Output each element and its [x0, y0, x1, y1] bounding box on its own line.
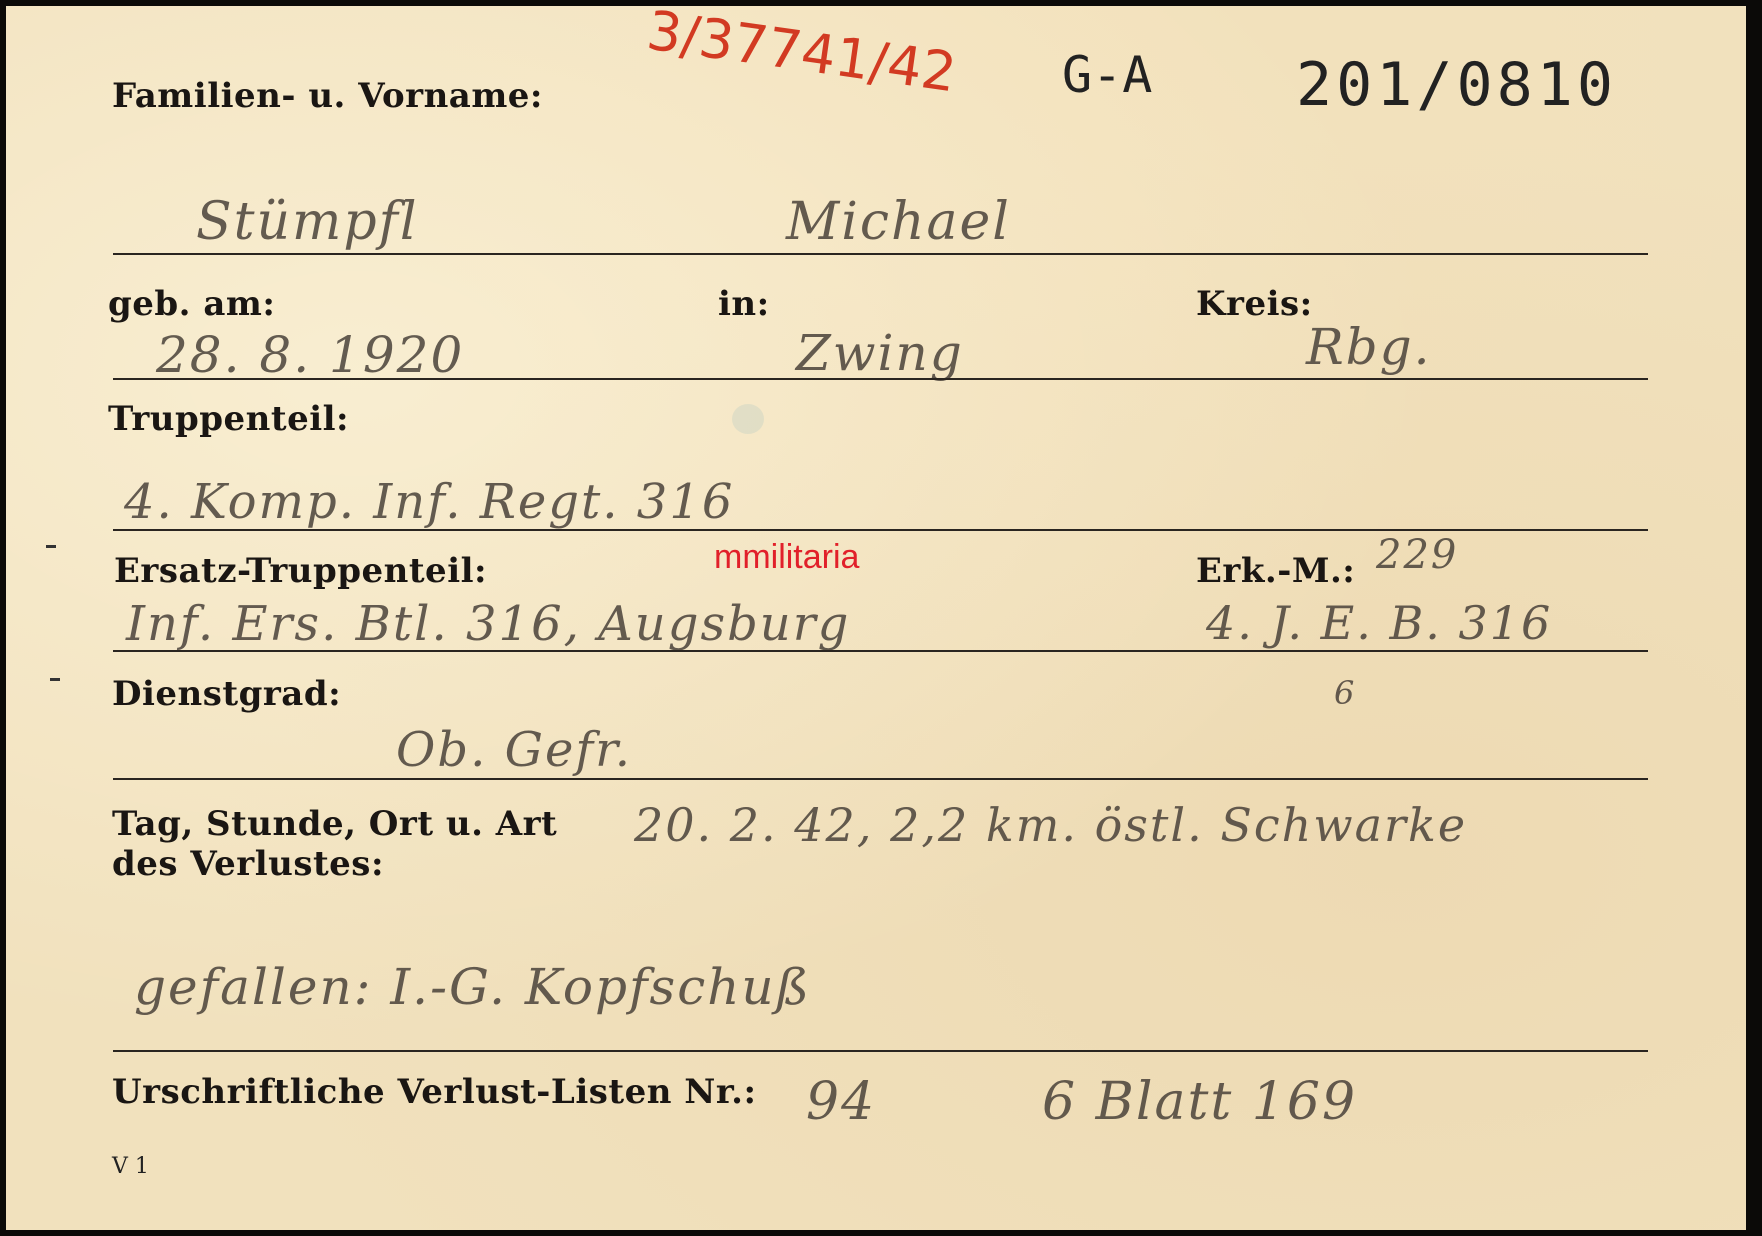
rank-value: Ob. Gefr. [396, 722, 632, 778]
birth-date-value: 28. 8. 1920 [156, 326, 464, 384]
rule-unit [113, 529, 1648, 531]
rule-birth [113, 378, 1648, 380]
birth-place-label: in: [718, 284, 770, 324]
form-code: V 1 [112, 1154, 149, 1179]
name-label: Familien- u. Vorname: [112, 76, 543, 116]
id-tag-value-extra: 6 [1334, 674, 1356, 712]
casualty-index-card: Familien- u. Vorname: 3/37741/42 G-A 201… [6, 6, 1746, 1230]
loss-list-value: 94 [806, 1072, 876, 1132]
rule-loss [113, 1050, 1648, 1052]
id-tag-label: Erk.-M.: [1196, 551, 1355, 591]
district-label: Kreis: [1196, 284, 1313, 324]
replacement-unit-label: Ersatz-Truppenteil: [114, 551, 487, 591]
watermark: mmilitaria [714, 538, 859, 577]
id-tag-value-bottom: 4. J. E. B. 316 [1206, 596, 1552, 650]
punch-mark [46, 545, 56, 548]
district-value: Rbg. [1306, 318, 1432, 376]
stamp-prefix: G-A [1062, 46, 1152, 104]
replacement-unit-value: Inf. Ers. Btl. 316, Augsburg [126, 596, 850, 652]
loss-list-extra: 6 Blatt 169 [1042, 1072, 1357, 1132]
loss-value-line1: 20. 2. 42, 2,2 km. östl. Schwarke [634, 798, 1467, 852]
id-tag-value-top: 229 [1376, 532, 1458, 578]
loss-value-line2: gefallen: I.-G. Kopfschuß [134, 958, 811, 1016]
loss-label-line2: des Verlustes: [112, 844, 384, 884]
red-reference-number: 3/37741/42 [643, 0, 960, 104]
rule-name [113, 253, 1648, 255]
rank-label: Dienstgrad: [112, 674, 341, 714]
birth-date-label: geb. am: [108, 284, 275, 324]
stain [732, 404, 764, 434]
stamp-number: 201/0810 [1296, 50, 1617, 120]
birth-place-value: Zwing [796, 324, 964, 382]
loss-label-line1: Tag, Stunde, Ort u. Art [112, 804, 557, 844]
rule-rank [113, 778, 1648, 780]
unit-label: Truppenteil: [108, 399, 349, 439]
unit-value: 4. Komp. Inf. Regt. 316 [124, 474, 734, 530]
given-name-value: Michael [786, 192, 1011, 252]
loss-list-label: Urschriftliche Verlust-Listen Nr.: [112, 1072, 757, 1112]
rule-replacement [113, 650, 1648, 652]
surname-value: Stümpfl [196, 192, 418, 252]
punch-mark [50, 678, 60, 681]
